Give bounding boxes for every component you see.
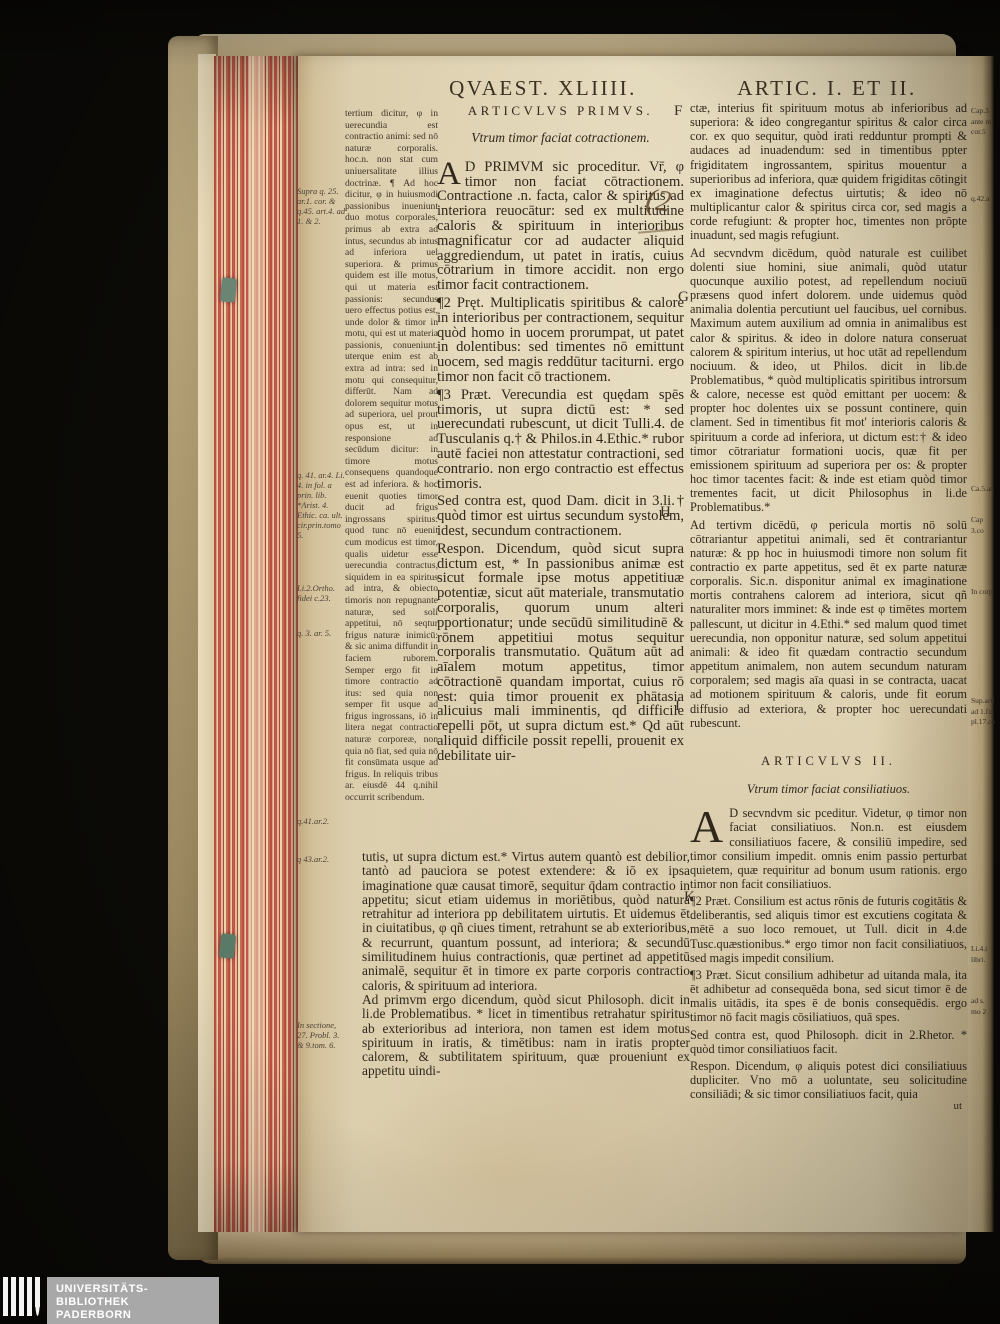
article1-ad-secundum: Ad secvndvm dicēdum, quòd naturale est c…	[690, 246, 967, 515]
article1-objection1: AD PRIMVM sic proceditur. Vr̄, φ timor n…	[437, 160, 684, 293]
binding-tie	[220, 277, 237, 302]
margin-ref: q 43.ar.2.	[297, 854, 347, 864]
running-head-articulus: ARTIC. I. ET II.	[712, 76, 942, 101]
marginal-gloss: tertium dicitur, φ in uerecundia est con…	[345, 108, 438, 804]
section-letter-g: G	[678, 289, 689, 306]
edge-marginalia: Li.4.i libri.	[971, 944, 997, 965]
left-wide-block: tutis, ut supra dictum est.* Virtus aute…	[362, 850, 690, 1079]
edge-marginalia: Cap 3.co	[971, 515, 997, 536]
article2-objection1: AD secvndvm sic pceditur. Videtur, φ tim…	[690, 806, 967, 891]
logo-dot	[35, 1277, 40, 1316]
running-head-quaestio: QVAEST. XLIIII.	[428, 76, 658, 101]
section-letter-i: I	[675, 698, 680, 715]
article1-ad-primum-continued: ctæ, interius fit spirituum motus ab inf…	[690, 101, 967, 243]
section-letter-h: H	[660, 504, 671, 521]
article2-subtitle: Vtrum timor faciat consiliatiuos.	[690, 782, 967, 796]
article2-objection2: ¶2 Præt. Consilium est actus rōnis de fu…	[690, 894, 967, 965]
library-name-line3: PADERBORN	[56, 1309, 219, 1322]
library-logo: UNIVERSITÄTS- BIBLIOTHEK PADERBORN	[0, 1272, 222, 1324]
edge-marginalia: Ca.5.an	[971, 484, 997, 495]
article1-subtitle: Vtrum timor faciat cotractionem.	[437, 131, 684, 146]
library-name-line2: BIBLIOTHEK	[56, 1296, 219, 1309]
margin-ref: Supra q. 25. ar.1. cor. & q.45. art.4. a…	[297, 186, 347, 226]
book-scan: QVAEST. XLIIII. ARTIC. I. ET II. Supra q…	[0, 0, 1000, 1324]
article1-sed-contra: Sed contra est, quod Dam. dicit in 3.li.…	[437, 494, 684, 538]
edge-marginalia: q.42.a	[971, 194, 997, 205]
article2-sed-contra: Sed contra est, quod Philosoph. dicit in…	[690, 1028, 967, 1056]
margin-ref: q. 3. ar. 5.	[297, 628, 347, 638]
logo-bars-icon	[3, 1277, 45, 1319]
section-letter-k: K	[684, 889, 695, 906]
right-column: ctæ, interius fit spirituum motus ab inf…	[690, 101, 967, 1101]
dropcap-initial: A	[690, 806, 729, 846]
library-name: UNIVERSITÄTS- BIBLIOTHEK PADERBORN	[47, 1277, 219, 1324]
margin-ref: In sectione, 27. Probl. 3. & 9.tom. 6.	[297, 1020, 347, 1050]
handwritten-annotation: (2	[643, 182, 673, 219]
article2-responsio: Respon. Dicendum, φ aliquis potest dici …	[690, 1059, 967, 1101]
binding-tie	[219, 933, 236, 958]
margin-ref: q. 41. ar.4. Li. 4. in fol. a prin. lib.…	[297, 470, 347, 540]
red-page-edges	[214, 56, 298, 1232]
margin-ref: Li.2.Ortho. fidei c.23.	[297, 583, 347, 603]
margin-ref: q.41.ar.2.	[297, 816, 347, 826]
edge-marginalia: ad s. mo 2	[971, 996, 997, 1017]
section-letter-f: F	[674, 103, 682, 120]
article1-responsio-continued: tutis, ut supra dictum est.* Virtus aute…	[362, 850, 690, 993]
catchword: ut	[912, 1100, 962, 1112]
edge-marginalia: Cap.3 ante m cor.5	[971, 106, 997, 138]
library-name-line1: UNIVERSITÄTS-	[56, 1283, 219, 1296]
article2-objection3: ¶3 Præt. Sicut consilium adhibetur ad ui…	[690, 968, 967, 1025]
article1-heading: ARTICVLVS PRIMVS.	[437, 103, 684, 119]
article1-objection3: ¶3 Præt. Verecundia est quędam spēs timo…	[437, 388, 684, 492]
article1-ad-tertium: Ad tertivm dicēdū, φ pericula mortis nō …	[690, 518, 967, 730]
next-page-edge	[968, 56, 994, 1232]
article2-heading: ARTICVLVS II.	[690, 754, 967, 768]
edge-marginalia: In corp	[971, 587, 997, 598]
article1-ad-primum: Ad primvm ergo dicendum, quòd sicut Phil…	[362, 993, 690, 1079]
article1-objection2: ¶2 Pręt. Multiplicatis spiritibus & calo…	[437, 296, 684, 385]
article1-responsio: Respon. Dicendum, quòd sicut supra dictu…	[437, 542, 684, 764]
dropcap-initial: A	[437, 160, 465, 188]
edge-marginalia: Sup.arti ad 1.fin pl.17.co	[971, 696, 997, 728]
